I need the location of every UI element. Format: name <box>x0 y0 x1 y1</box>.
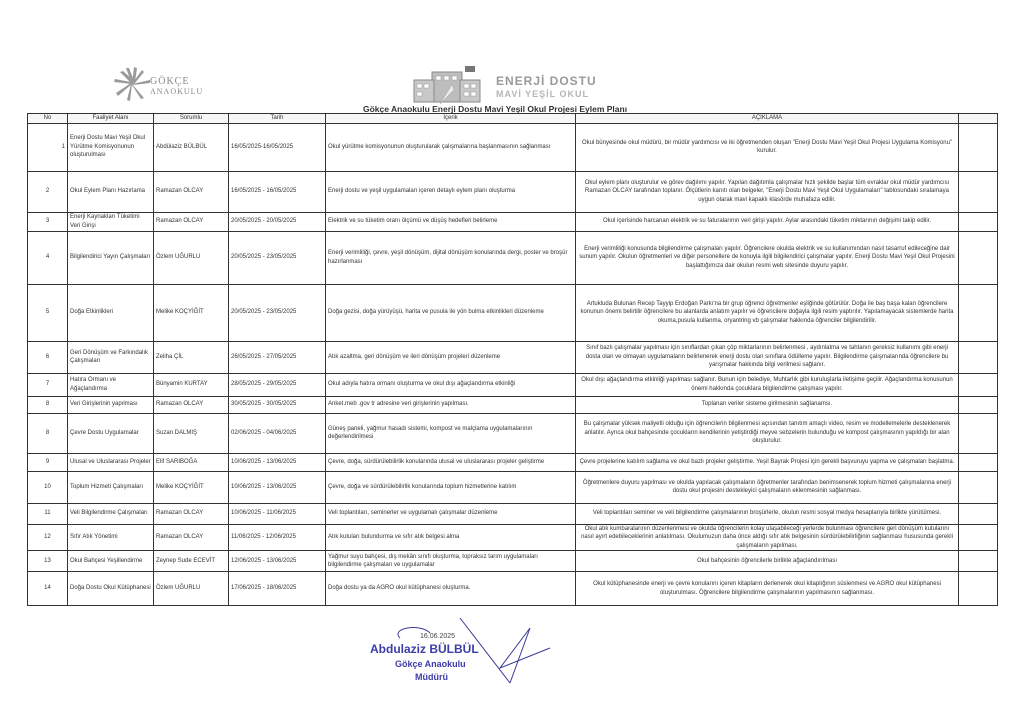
cell-activity: Çevre Dostu Uygulamalar <box>68 413 154 453</box>
cell-date: 11/06/2025 - 12/06/2025 <box>229 524 326 551</box>
cell-activity: Ulusal ve Uluslararası Projeler <box>68 453 154 471</box>
cell-date: 16/05/2025 - 16/05/2025 <box>229 171 326 212</box>
column-header-responsible: Sorumlu <box>154 114 229 124</box>
action-plan-table: No Faaliyet Alanı Sorumlu Tarih İçerik A… <box>27 113 998 606</box>
cell-content: Yağmur suyu bahçesi, dış mekân sınıfı ol… <box>326 551 576 572</box>
cell-responsible: Melike KOÇYİĞİT <box>154 284 229 341</box>
cell-description: Toplanan veriler sisteme girilmesinin sa… <box>576 396 959 413</box>
project-logo-line2: MAVİ YEŞİL OKUL <box>496 89 589 99</box>
table-row: 14Doğa Dostu Okul KütüphanesiÖzlem UĞURL… <box>28 572 998 606</box>
cell-responsible: Ramazan OLCAY <box>154 396 229 413</box>
table-row: 11Veli Bilgilendirme ÇalışmalarıRamazan … <box>28 503 998 524</box>
cell-description: Okul dışı ağaçlandırma etkinliği yapılma… <box>576 373 959 396</box>
cell-empty <box>959 341 998 373</box>
column-header-content: İçerik <box>326 114 576 124</box>
cell-description: Okul eylem planı oluşturulur ve görev da… <box>576 171 959 212</box>
cell-activity: Bilgilendirici Yayın Çalışmaları <box>68 231 154 284</box>
cell-date: 28/05/2025 - 29/05/2025 <box>229 373 326 396</box>
cell-date: 17/06/2025 - 18/06/2025 <box>229 572 326 606</box>
cell-description: Okul içerisinde harcanan elektrik ve su … <box>576 212 959 231</box>
cell-responsible: Melike KOÇYİĞİT <box>154 471 229 503</box>
cell-responsible: Elif SARIBOĞA <box>154 453 229 471</box>
cell-description: Okul atık kumbaralarının düzenlenmesi ve… <box>576 524 959 551</box>
cell-content: Atık azaltma, geri dönüşüm ve ileri dönü… <box>326 341 576 373</box>
cell-responsible: Zeliha ÇİL <box>154 341 229 373</box>
cell-activity: Enerji Kaynakları Tüketimi Veri Girişi <box>68 212 154 231</box>
cell-date: 10/06/2025 - 13/06/2025 <box>229 453 326 471</box>
cell-empty <box>959 373 998 396</box>
signature-stamp: 16.06.2025 Abdulaziz BÜLBÜL Gökçe Anaoku… <box>360 628 560 698</box>
table-row: 10Toplum Hizmeti ÇalışmalarıMelike KOÇYİ… <box>28 471 998 503</box>
hands-icon <box>112 66 152 102</box>
table-row: 13Okul Bahçesi YeşillendirmeZeynep Sude … <box>28 551 998 572</box>
cell-no: 6 <box>28 341 68 373</box>
cell-empty <box>959 284 998 341</box>
cell-date: 16/05/2025-16/05/2025 <box>229 123 326 171</box>
project-logo: ENERJİ DOSTU MAVİ YEŞİL OKUL <box>400 62 620 108</box>
signature-date: 16.06.2025 <box>420 633 455 640</box>
cell-description: Bu çalışmalar yüksek maliyetli olduğu iç… <box>576 413 959 453</box>
logo-text-line1: GÖKÇE <box>150 76 189 87</box>
cell-activity: Toplum Hizmeti Çalışmaları <box>68 471 154 503</box>
cell-date: 30/05/2025 - 30/05/2025 <box>229 396 326 413</box>
cell-activity: Doğa Dostu Okul Kütüphanesi <box>68 572 154 606</box>
table-row: 12Sıfır Atık YönetimiRamazan OLCAY11/06/… <box>28 524 998 551</box>
table-row: 2Okul Eylem Planı HazırlamaRamazan OLCAY… <box>28 171 998 212</box>
cell-responsible: Ramazan OLCAY <box>154 171 229 212</box>
cell-responsible: Özlem UĞURLU <box>154 231 229 284</box>
cell-content: Doğa gezisi, doğa yürüyüşü, harita ve pu… <box>326 284 576 341</box>
cell-description: Okul bahçesinin öğrencilerle birlikte ağ… <box>576 551 959 572</box>
table-row: 1Enerji Dostu Mavi Yeşil Okul Yürütme Ko… <box>28 123 998 171</box>
cell-empty <box>959 123 998 171</box>
cell-no: 11 <box>28 503 68 524</box>
cell-no: 13 <box>28 551 68 572</box>
cell-content: Çevre, doğa, sürdürülebilirlik konuların… <box>326 453 576 471</box>
cell-activity: Veli Bilgilendirme Çalışmaları <box>68 503 154 524</box>
cell-empty <box>959 171 998 212</box>
cell-responsible: Ramazan OLCAY <box>154 212 229 231</box>
cell-description: Artukluda Bulunan Recep Tayyip Erdoğan P… <box>576 284 959 341</box>
column-header-description: AÇIKLAMA <box>576 114 959 124</box>
cell-content: Okul yürütme komisyonunun oluşturularak … <box>326 123 576 171</box>
cell-description: Veli toplantıları seminer ve veli bilgil… <box>576 503 959 524</box>
cell-no: 1 <box>28 123 68 171</box>
cell-responsible: Suzan DALMIŞ <box>154 413 229 453</box>
cell-responsible: Zeynep Sude ECEVİT <box>154 551 229 572</box>
cell-content: Elektrik ve su tüketim oranı ölçümü ve d… <box>326 212 576 231</box>
table-row: 6Geri Dönüşüm ve Farkındalık Çalışmaları… <box>28 341 998 373</box>
cell-description: Öğretmenlere duyuru yapılması ve okulda … <box>576 471 959 503</box>
table-header-row: No Faaliyet Alanı Sorumlu Tarih İçerik A… <box>28 114 998 124</box>
cell-no: 8 <box>28 413 68 453</box>
cell-empty <box>959 396 998 413</box>
cell-responsible: Özlem UĞURLU <box>154 572 229 606</box>
cell-date: 26/05/2025 - 27/05/2025 <box>229 341 326 373</box>
table-row: 4Bilgilendirici Yayın ÇalışmalarıÖzlem U… <box>28 231 998 284</box>
column-header-no: No <box>28 114 68 124</box>
cell-activity: Geri Dönüşüm ve Farkındalık Çalışmaları <box>68 341 154 373</box>
cell-responsible: Abdülaziz BÜLBÜL <box>154 123 229 171</box>
cell-no: 9 <box>28 453 68 471</box>
cell-empty <box>959 503 998 524</box>
cell-date: 20/05/2025 - 20/05/2025 <box>229 212 326 231</box>
table-row: 8Çevre Dostu UygulamalarSuzan DALMIŞ02/0… <box>28 413 998 453</box>
project-logo-line1: ENERJİ DOSTU <box>496 74 597 88</box>
table-row: 7Hatıra Ormanı ve AğaçlandırmaBünyamin K… <box>28 373 998 396</box>
cell-empty <box>959 572 998 606</box>
school-building-icon <box>410 66 485 106</box>
cell-content: Enerji verimliliği, çevre, yeşil dönüşüm… <box>326 231 576 284</box>
cell-responsible: Ramazan OLCAY <box>154 503 229 524</box>
cell-no: 2 <box>28 171 68 212</box>
cell-no: 3 <box>28 212 68 231</box>
table-row: 9Ulusal ve Uluslararası ProjelerElif SAR… <box>28 453 998 471</box>
cell-empty <box>959 413 998 453</box>
cell-activity: Enerji Dostu Mavi Yeşil Okul Yürütme Kom… <box>68 123 154 171</box>
cell-date: 20/05/2025 - 23/05/2025 <box>229 231 326 284</box>
cell-empty <box>959 551 998 572</box>
cell-no: 12 <box>28 524 68 551</box>
cell-activity: Okul Bahçesi Yeşillendirme <box>68 551 154 572</box>
cell-content: Çevre, doğa ve sürdürülebilirlik konular… <box>326 471 576 503</box>
cell-empty <box>959 524 998 551</box>
cell-responsible: Bünyamin KURTAY <box>154 373 229 396</box>
cell-empty <box>959 471 998 503</box>
column-header-empty <box>959 114 998 124</box>
cell-description: Okul kütüphanesinde enerji ve çevre konu… <box>576 572 959 606</box>
cell-content: Enerji dostu ve yeşil uygulamaları içere… <box>326 171 576 212</box>
cell-no: 7 <box>28 373 68 396</box>
cell-description: Sınıf bazlı çalışmalar yapılması için sı… <box>576 341 959 373</box>
table-row: 3Enerji Kaynakları Tüketimi Veri GirişiR… <box>28 212 998 231</box>
cell-activity: Doğa Etkinlikleri <box>68 284 154 341</box>
cell-empty <box>959 453 998 471</box>
column-header-date: Tarih <box>229 114 326 124</box>
cell-no: 5 <box>28 284 68 341</box>
cell-description: Çevre projelerine katılım sağlama ve oku… <box>576 453 959 471</box>
cell-no: 8 <box>28 396 68 413</box>
table-row: 8Veri Girişlerinin yapılmasıRamazan OLCA… <box>28 396 998 413</box>
cell-no: 14 <box>28 572 68 606</box>
cell-content: Doğa dostu ya da AGRO okul kütüphanesi o… <box>326 572 576 606</box>
cell-content: Atık kutuları bulundurma ve sıfır atık b… <box>326 524 576 551</box>
column-header-activity: Faaliyet Alanı <box>68 114 154 124</box>
cell-no: 10 <box>28 471 68 503</box>
cell-content: Veli toplantıları, seminerler ve uygulam… <box>326 503 576 524</box>
cell-activity: Sıfır Atık Yönetimi <box>68 524 154 551</box>
table-row: 5Doğa EtkinlikleriMelike KOÇYİĞİT20/05/2… <box>28 284 998 341</box>
cell-empty <box>959 212 998 231</box>
cell-activity: Okul Eylem Planı Hazırlama <box>68 171 154 212</box>
cell-date: 10/06/2025 - 11/06/2025 <box>229 503 326 524</box>
signature-name: Abdulaziz BÜLBÜL <box>370 642 479 656</box>
cell-date: 10/06/2025 - 13/06/2025 <box>229 471 326 503</box>
cell-activity: Veri Girişlerinin yapılması <box>68 396 154 413</box>
cell-content: Güneş paneli, yağmur hasadı sistemi, kom… <box>326 413 576 453</box>
school-logo: GÖKÇE ANAOKULU <box>112 66 232 106</box>
logo-text-line2: ANAOKULU <box>150 87 203 96</box>
signature-school: Gökçe Anaokulu <box>395 659 466 669</box>
cell-responsible: Ramazan OLCAY <box>154 524 229 551</box>
cell-date: 02/06/2025 - 04/06/2025 <box>229 413 326 453</box>
cell-description: Okul bünyesinde okul müdürü, bir müdür y… <box>576 123 959 171</box>
cell-description: Enerji verimliliği konusunda bilgilendir… <box>576 231 959 284</box>
signature-role: Müdürü <box>415 672 448 682</box>
cell-date: 12/06/2025 - 13/06/2025 <box>229 551 326 572</box>
cell-content: Okul adıyla hatıra ormanı oluşturma ve o… <box>326 373 576 396</box>
cell-empty <box>959 231 998 284</box>
cell-no: 4 <box>28 231 68 284</box>
cell-date: 20/05/2025 - 23/05/2025 <box>229 284 326 341</box>
cell-activity: Hatıra Ormanı ve Ağaçlandırma <box>68 373 154 396</box>
cell-content: Anket.meb .gov tr adresine veri girişler… <box>326 396 576 413</box>
